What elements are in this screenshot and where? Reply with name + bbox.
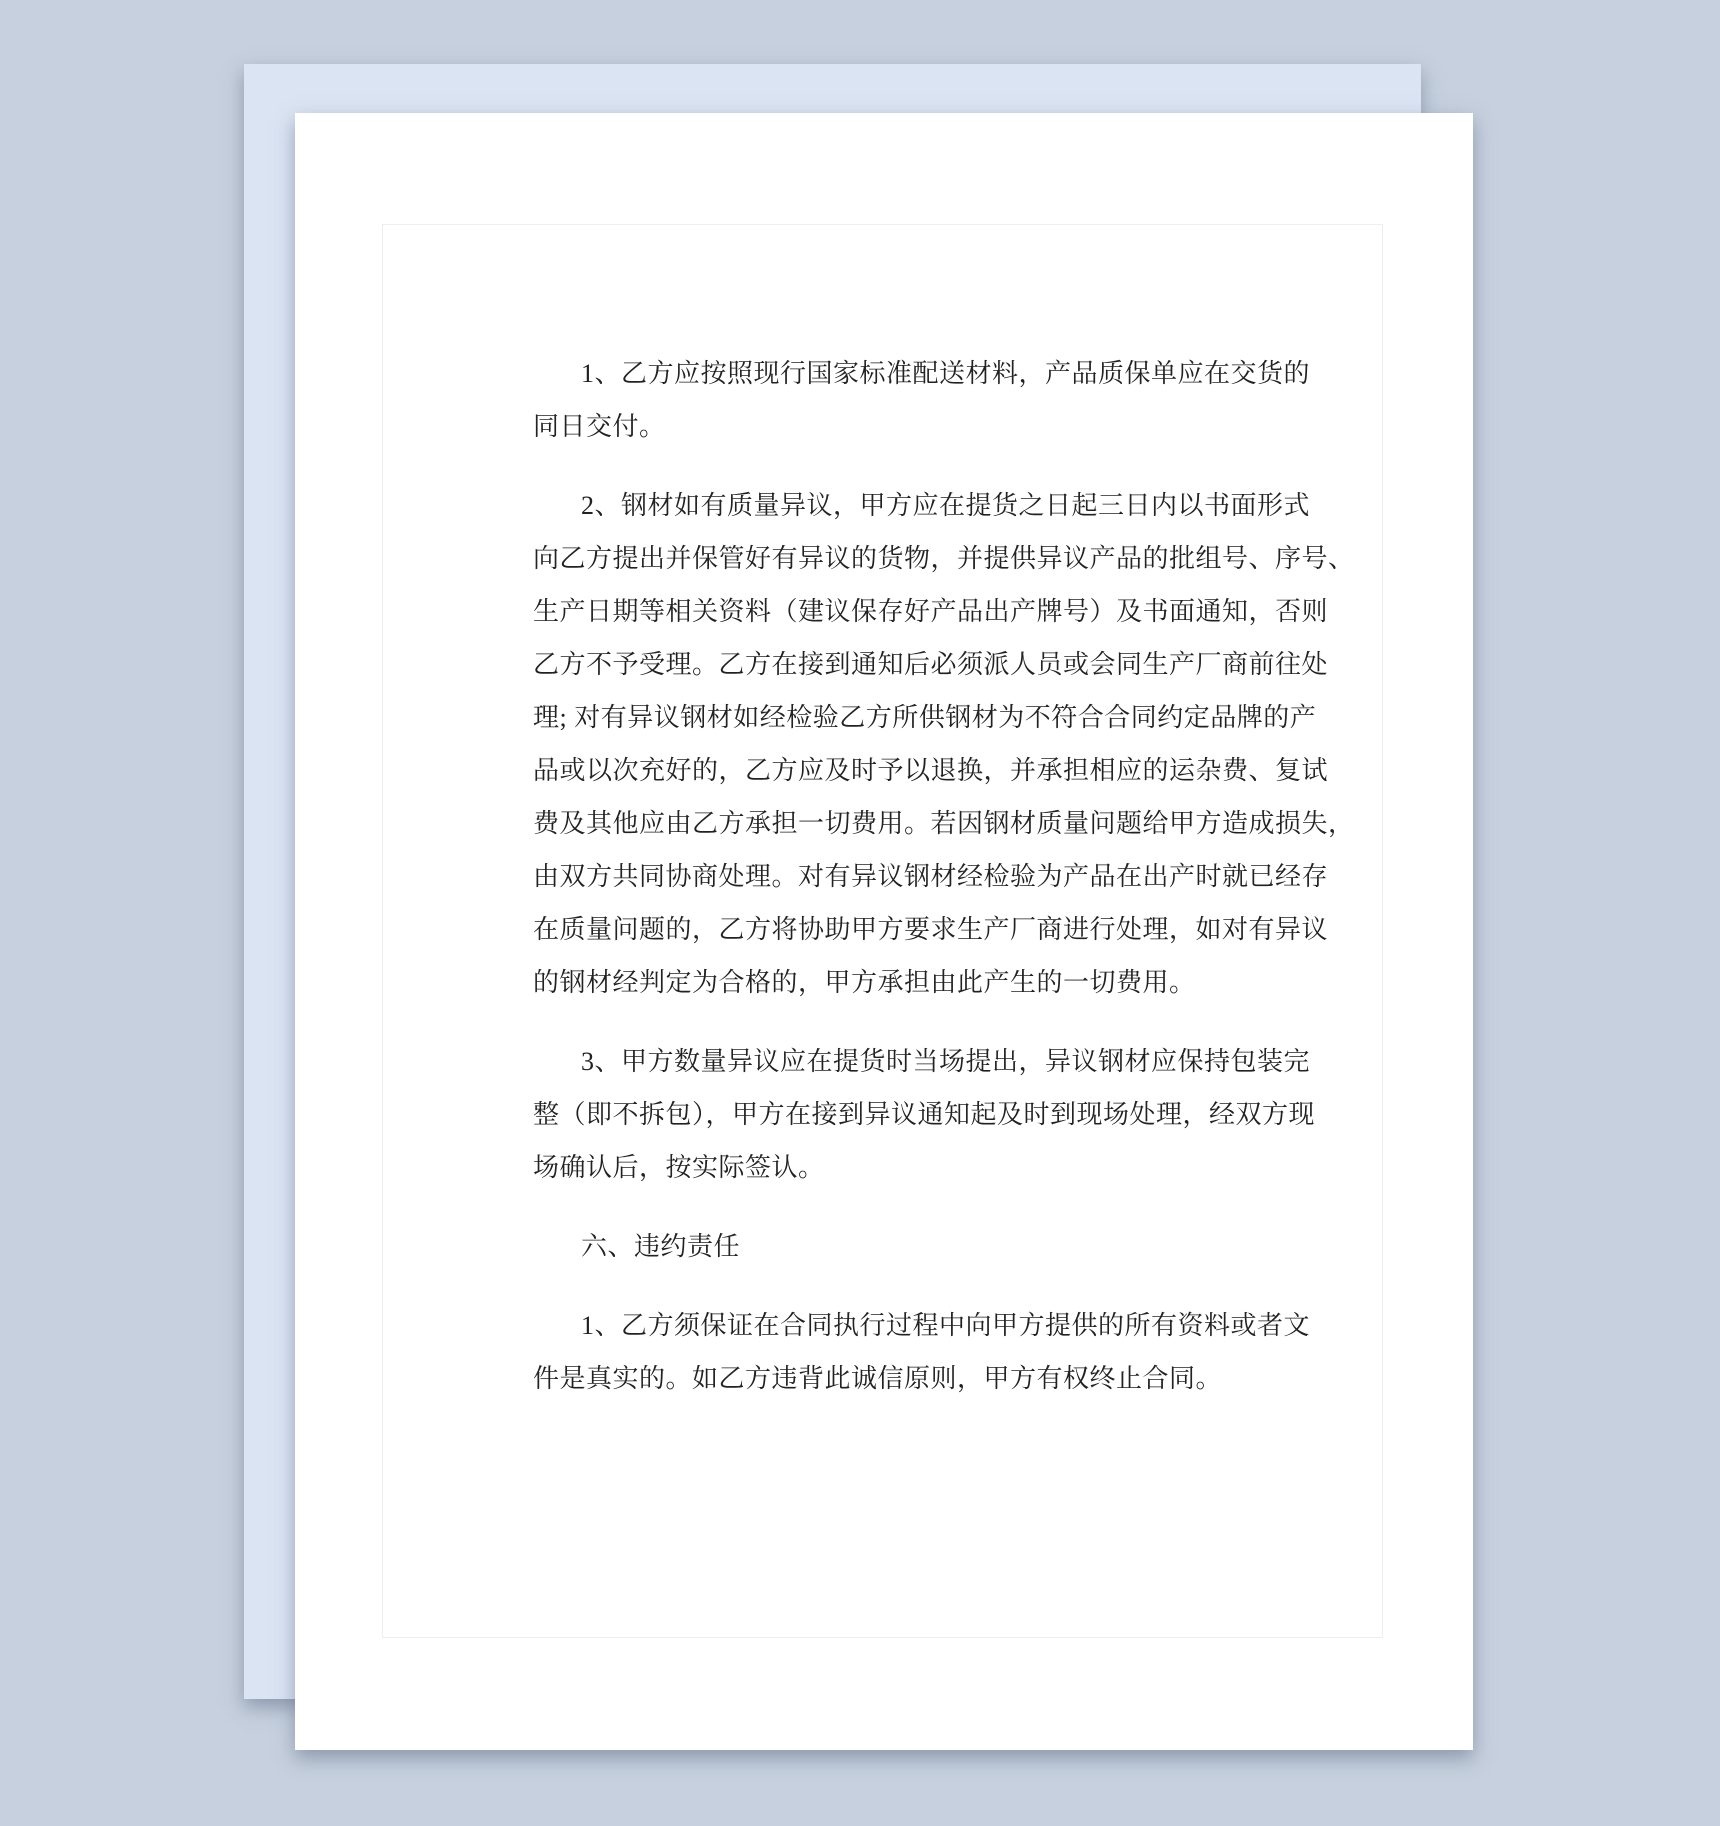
- workspace-background: 1、乙方应按照现行国家标准配送材料，产品质保单应在交货的同日交付。2、钢材如有质…: [0, 0, 1720, 1826]
- text-line: 1、乙方应按照现行国家标准配送材料，产品质保单应在交货的: [533, 347, 1299, 400]
- document-page: 1、乙方应按照现行国家标准配送材料，产品质保单应在交货的同日交付。2、钢材如有质…: [295, 113, 1473, 1750]
- paragraph: 1、乙方应按照现行国家标准配送材料，产品质保单应在交货的同日交付。: [533, 347, 1299, 453]
- contract-text-block: 1、乙方应按照现行国家标准配送材料，产品质保单应在交货的同日交付。2、钢材如有质…: [533, 347, 1299, 1431]
- text-line: 3、甲方数量异议应在提货时当场提出，异议钢材应保持包装完: [533, 1035, 1299, 1088]
- text-line: 品或以次充好的，乙方应及时予以退换，并承担相应的运杂费、复试: [533, 744, 1299, 797]
- text-line: 件是真实的。如乙方违背此诚信原则，甲方有权终止合同。: [533, 1352, 1299, 1405]
- section-heading: 六、违约责任: [533, 1220, 1299, 1273]
- text-line: 整（即不拆包），甲方在接到异议通知起及时到现场处理，经双方现: [533, 1088, 1299, 1141]
- text-line: 乙方不予受理。乙方在接到通知后必须派人员或会同生产厂商前往处: [533, 638, 1299, 691]
- content-frame: 1、乙方应按照现行国家标准配送材料，产品质保单应在交货的同日交付。2、钢材如有质…: [382, 224, 1383, 1638]
- paragraph: 2、钢材如有质量异议，甲方应在提货之日起三日内以书面形式向乙方提出并保管好有异议…: [533, 479, 1299, 1009]
- text-line: 2、钢材如有质量异议，甲方应在提货之日起三日内以书面形式: [533, 479, 1299, 532]
- text-line: 同日交付。: [533, 400, 1299, 453]
- text-line: 向乙方提出并保管好有异议的货物，并提供异议产品的批组号、序号、: [533, 532, 1299, 585]
- text-line: 在质量问题的，乙方将协助甲方要求生产厂商进行处理，如对有异议: [533, 903, 1299, 956]
- text-line: 场确认后，按实际签认。: [533, 1141, 1299, 1194]
- text-line: 理; 对有异议钢材如经检验乙方所供钢材为不符合合同约定品牌的产: [533, 691, 1299, 744]
- text-line: 的钢材经判定为合格的，甲方承担由此产生的一切费用。: [533, 956, 1299, 1009]
- text-line: 费及其他应由乙方承担一切费用。若因钢材质量问题给甲方造成损失，: [533, 797, 1299, 850]
- text-line: 由双方共同协商处理。对有异议钢材经检验为产品在出产时就已经存: [533, 850, 1299, 903]
- text-line: 六、违约责任: [533, 1220, 1299, 1273]
- text-line: 1、乙方须保证在合同执行过程中向甲方提供的所有资料或者文: [533, 1299, 1299, 1352]
- paragraph: 3、甲方数量异议应在提货时当场提出，异议钢材应保持包装完整（即不拆包），甲方在接…: [533, 1035, 1299, 1194]
- paragraph: 1、乙方须保证在合同执行过程中向甲方提供的所有资料或者文件是真实的。如乙方违背此…: [533, 1299, 1299, 1405]
- text-line: 生产日期等相关资料（建议保存好产品出产牌号）及书面通知，否则: [533, 585, 1299, 638]
